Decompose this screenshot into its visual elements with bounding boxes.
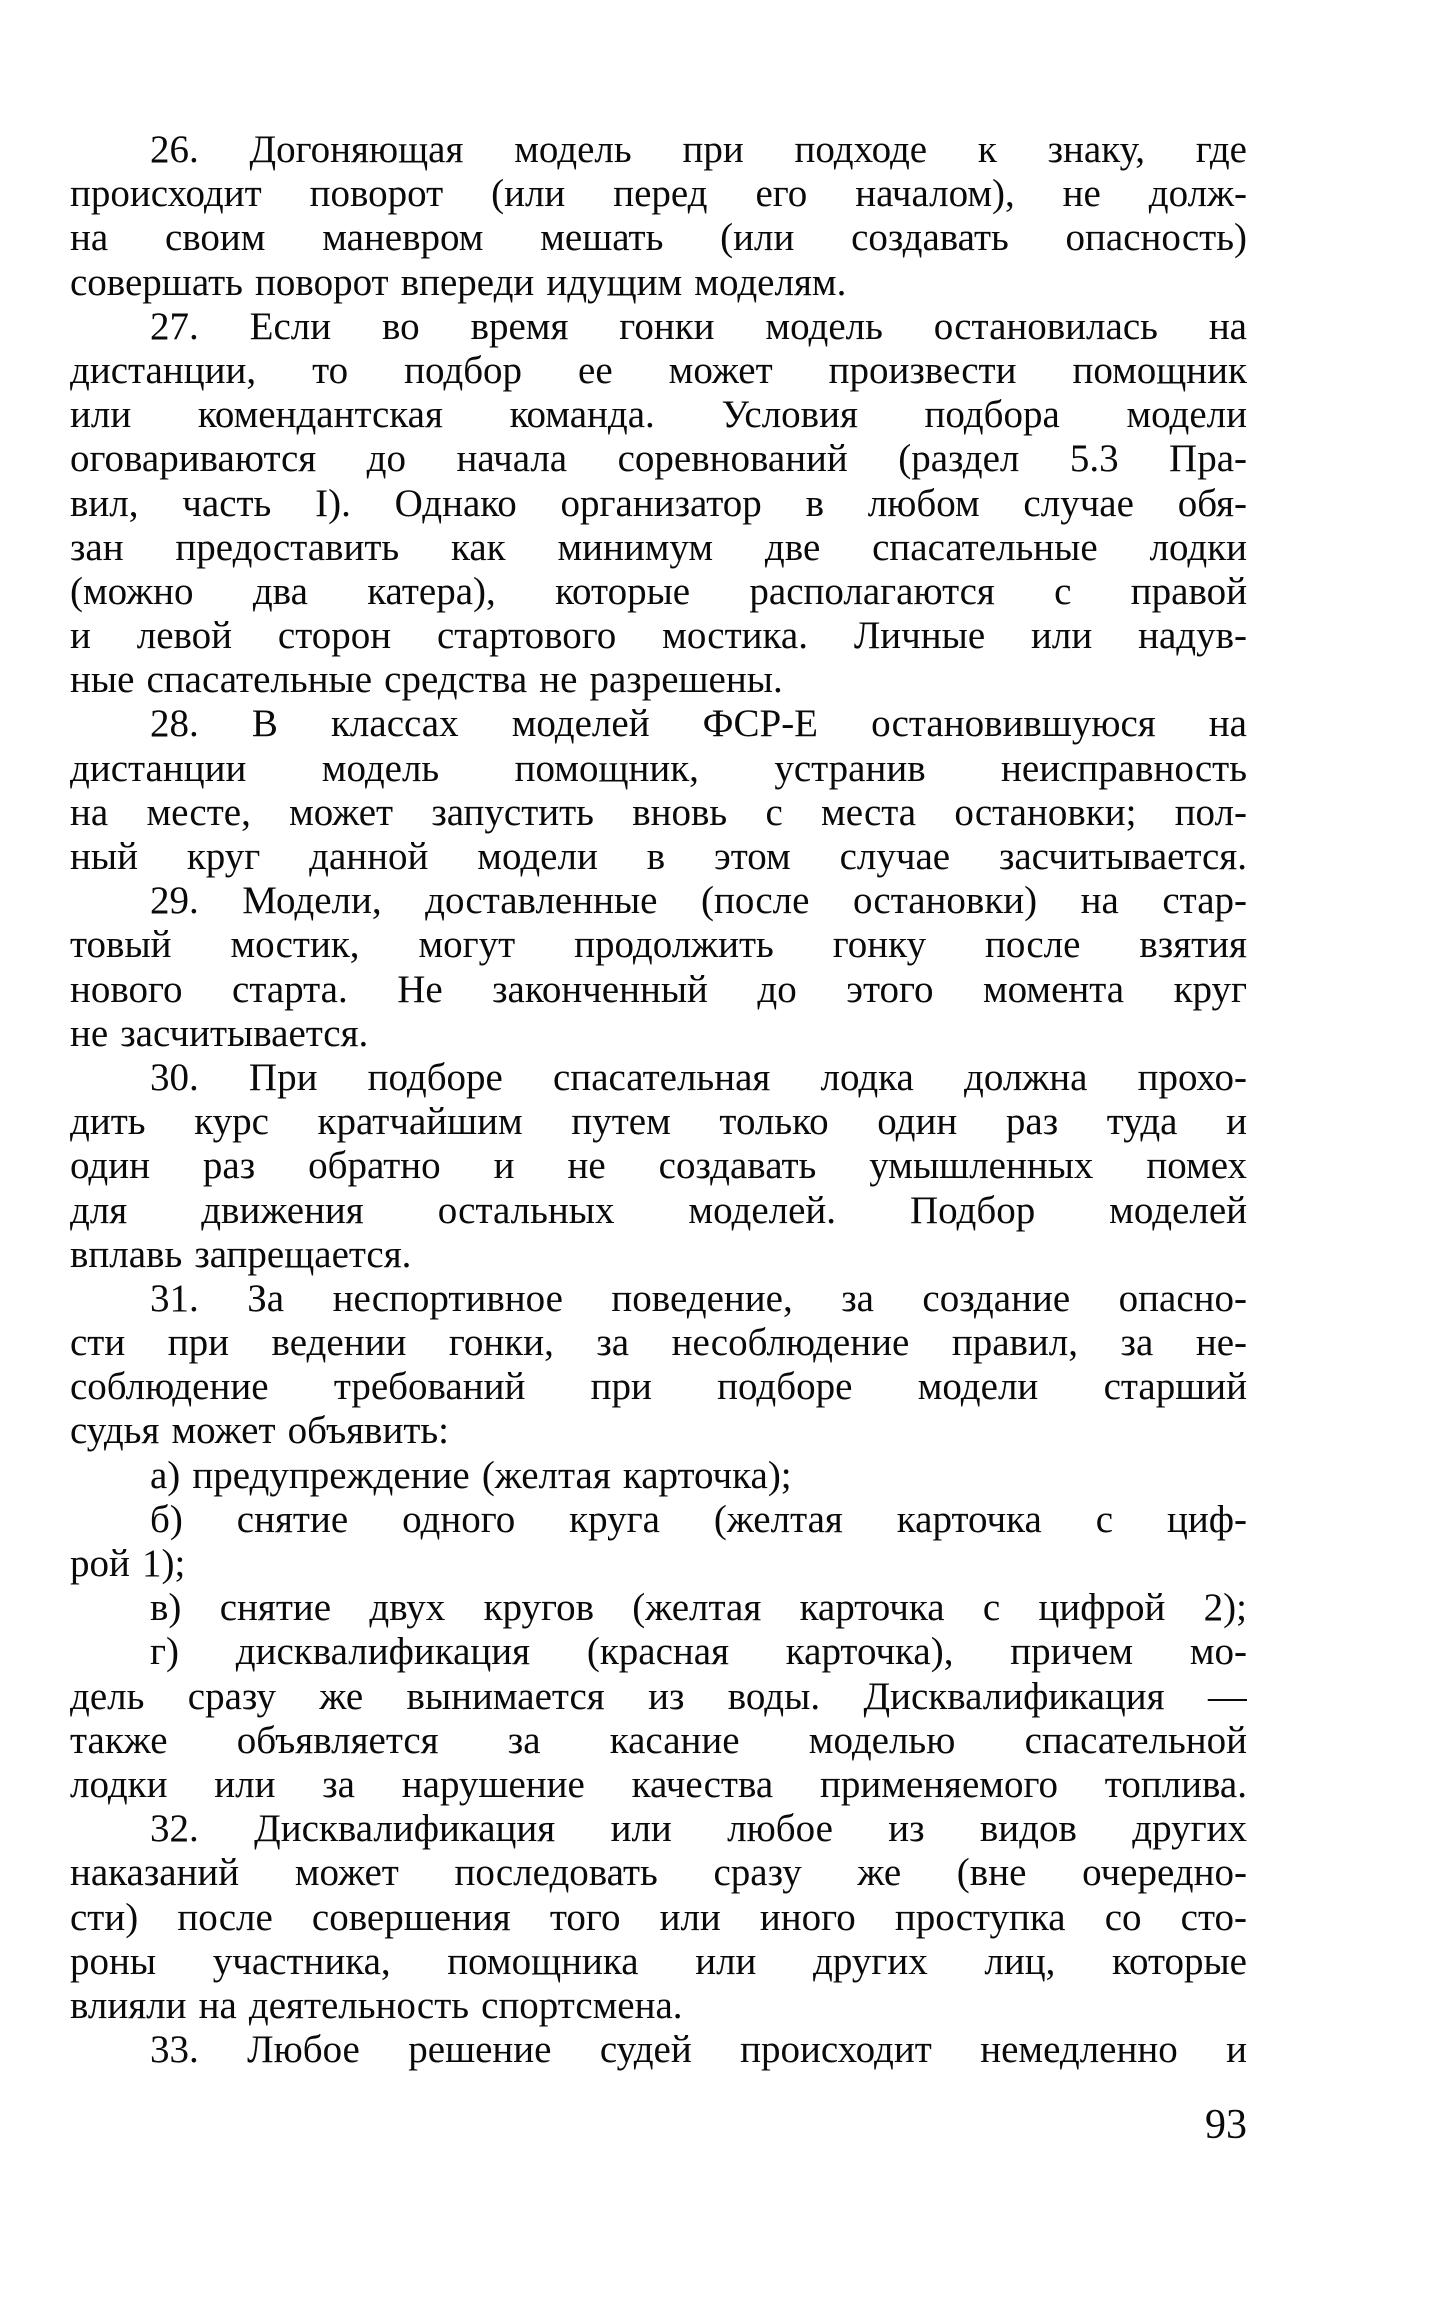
text-line: для движения остальных моделей. Подбор м… — [70, 1189, 1247, 1233]
paragraph-31-item-a: а) предупреждение (желтая карточка); — [70, 1454, 1247, 1498]
text-line: не засчитывается. — [70, 1012, 1247, 1056]
paragraph-30: 30. При подборе спасательная лодка должн… — [70, 1056, 1247, 1277]
paragraph-32: 32. Дисквалификация или любое из видов д… — [70, 1807, 1247, 2028]
text-line: 28. В классах моделей ФСР-Е остановившую… — [70, 702, 1247, 746]
text-line: соблюдение требований при подборе модели… — [70, 1365, 1247, 1409]
text-line: сти) после совершения того или иного про… — [70, 1896, 1247, 1940]
paragraph-31-item-b: б) снятие одного круга (желтая карточка … — [70, 1498, 1247, 1586]
text-line: лодки или за нарушение качества применяе… — [70, 1763, 1247, 1807]
text-line: ный круг данной модели в этом случае зас… — [70, 835, 1247, 879]
text-line: на месте, может запустить вновь с места … — [70, 791, 1247, 835]
text-line: (можно два катера), которые располагаютс… — [70, 570, 1247, 614]
paragraph-31-item-g: г) дисквалификация (красная карточка), п… — [70, 1630, 1247, 1807]
text-line: сти при ведении гонки, за несоблюдение п… — [70, 1321, 1247, 1365]
text-line: 27. Если во время гонки модель остановил… — [70, 305, 1247, 349]
text-line: происходит поворот (или перед его начало… — [70, 172, 1247, 216]
text-line: дистанции модель помощник, устранив неис… — [70, 747, 1247, 791]
text-line: рой 1); — [70, 1542, 1247, 1586]
paragraph-27: 27. Если во время гонки модель остановил… — [70, 305, 1247, 703]
text-line: на своим маневром мешать (или создавать … — [70, 216, 1247, 260]
text-line: дить курс кратчайшим путем только один р… — [70, 1100, 1247, 1144]
page-number: 93 — [1047, 2103, 1247, 2147]
text-line: дель сразу же вынимается из воды. Дисква… — [70, 1675, 1247, 1719]
text-line: 32. Дисквалификация или любое из видов д… — [70, 1807, 1247, 1851]
text-line: б) снятие одного круга (желтая карточка … — [70, 1498, 1247, 1542]
text-line: 26. Догоняющая модель при подходе к знак… — [70, 128, 1247, 172]
text-line: дистанции, то подбор ее может произвести… — [70, 349, 1247, 393]
text-line: вплавь запрещается. — [70, 1233, 1247, 1277]
text-line: товый мостик, могут продолжить гонку пос… — [70, 923, 1247, 967]
text-line: также объявляется за касание моделью спа… — [70, 1719, 1247, 1763]
text-line: 29. Модели, доставленные (после остановк… — [70, 879, 1247, 923]
paragraph-29: 29. Модели, доставленные (после остановк… — [70, 879, 1247, 1056]
text-line: судья может объявить: — [70, 1409, 1247, 1453]
text-line: 31. За неспортивное поведение, за создан… — [70, 1277, 1247, 1321]
page-text: 26. Догоняющая модель при подходе к знак… — [70, 128, 1247, 2072]
paragraph-33: 33. Любое решение судей происходит немед… — [70, 2028, 1247, 2072]
paragraph-26: 26. Догоняющая модель при подходе к знак… — [70, 128, 1247, 305]
text-line: роны участника, помощника или других лиц… — [70, 1940, 1247, 1984]
text-line: один раз обратно и не создавать умышленн… — [70, 1144, 1247, 1188]
text-line: 30. При подборе спасательная лодка должн… — [70, 1056, 1247, 1100]
paragraph-31: 31. За неспортивное поведение, за создан… — [70, 1277, 1247, 1454]
text-line: г) дисквалификация (красная карточка), п… — [70, 1630, 1247, 1674]
text-line: вил, часть I). Однако организатор в любо… — [70, 482, 1247, 526]
text-line: или комендантская команда. Условия подбо… — [70, 393, 1247, 437]
text-line: наказаний может последовать сразу же (вн… — [70, 1851, 1247, 1895]
text-line: а) предупреждение (желтая карточка); — [70, 1454, 1247, 1498]
paragraph-31-item-v: в) снятие двух кругов (желтая карточка с… — [70, 1586, 1247, 1630]
text-line: ные спасательные средства не разрешены. — [70, 658, 1247, 702]
paragraph-28: 28. В классах моделей ФСР-Е остановившую… — [70, 702, 1247, 879]
text-line: оговариваются до начала соревнований (ра… — [70, 437, 1247, 481]
text-line: совершать поворот впереди идущим моделям… — [70, 261, 1247, 305]
text-line: в) снятие двух кругов (желтая карточка с… — [70, 1586, 1247, 1630]
text-line: 33. Любое решение судей происходит немед… — [70, 2028, 1247, 2072]
text-line: зан предоставить как минимум две спасате… — [70, 526, 1247, 570]
text-line: и левой сторон стартового мостика. Личны… — [70, 614, 1247, 658]
text-line: влияли на деятельность спортсмена. — [70, 1984, 1247, 2028]
text-line: нового старта. Не законченный до этого м… — [70, 968, 1247, 1012]
book-page: 26. Догоняющая модель при подходе к знак… — [0, 0, 1444, 2316]
